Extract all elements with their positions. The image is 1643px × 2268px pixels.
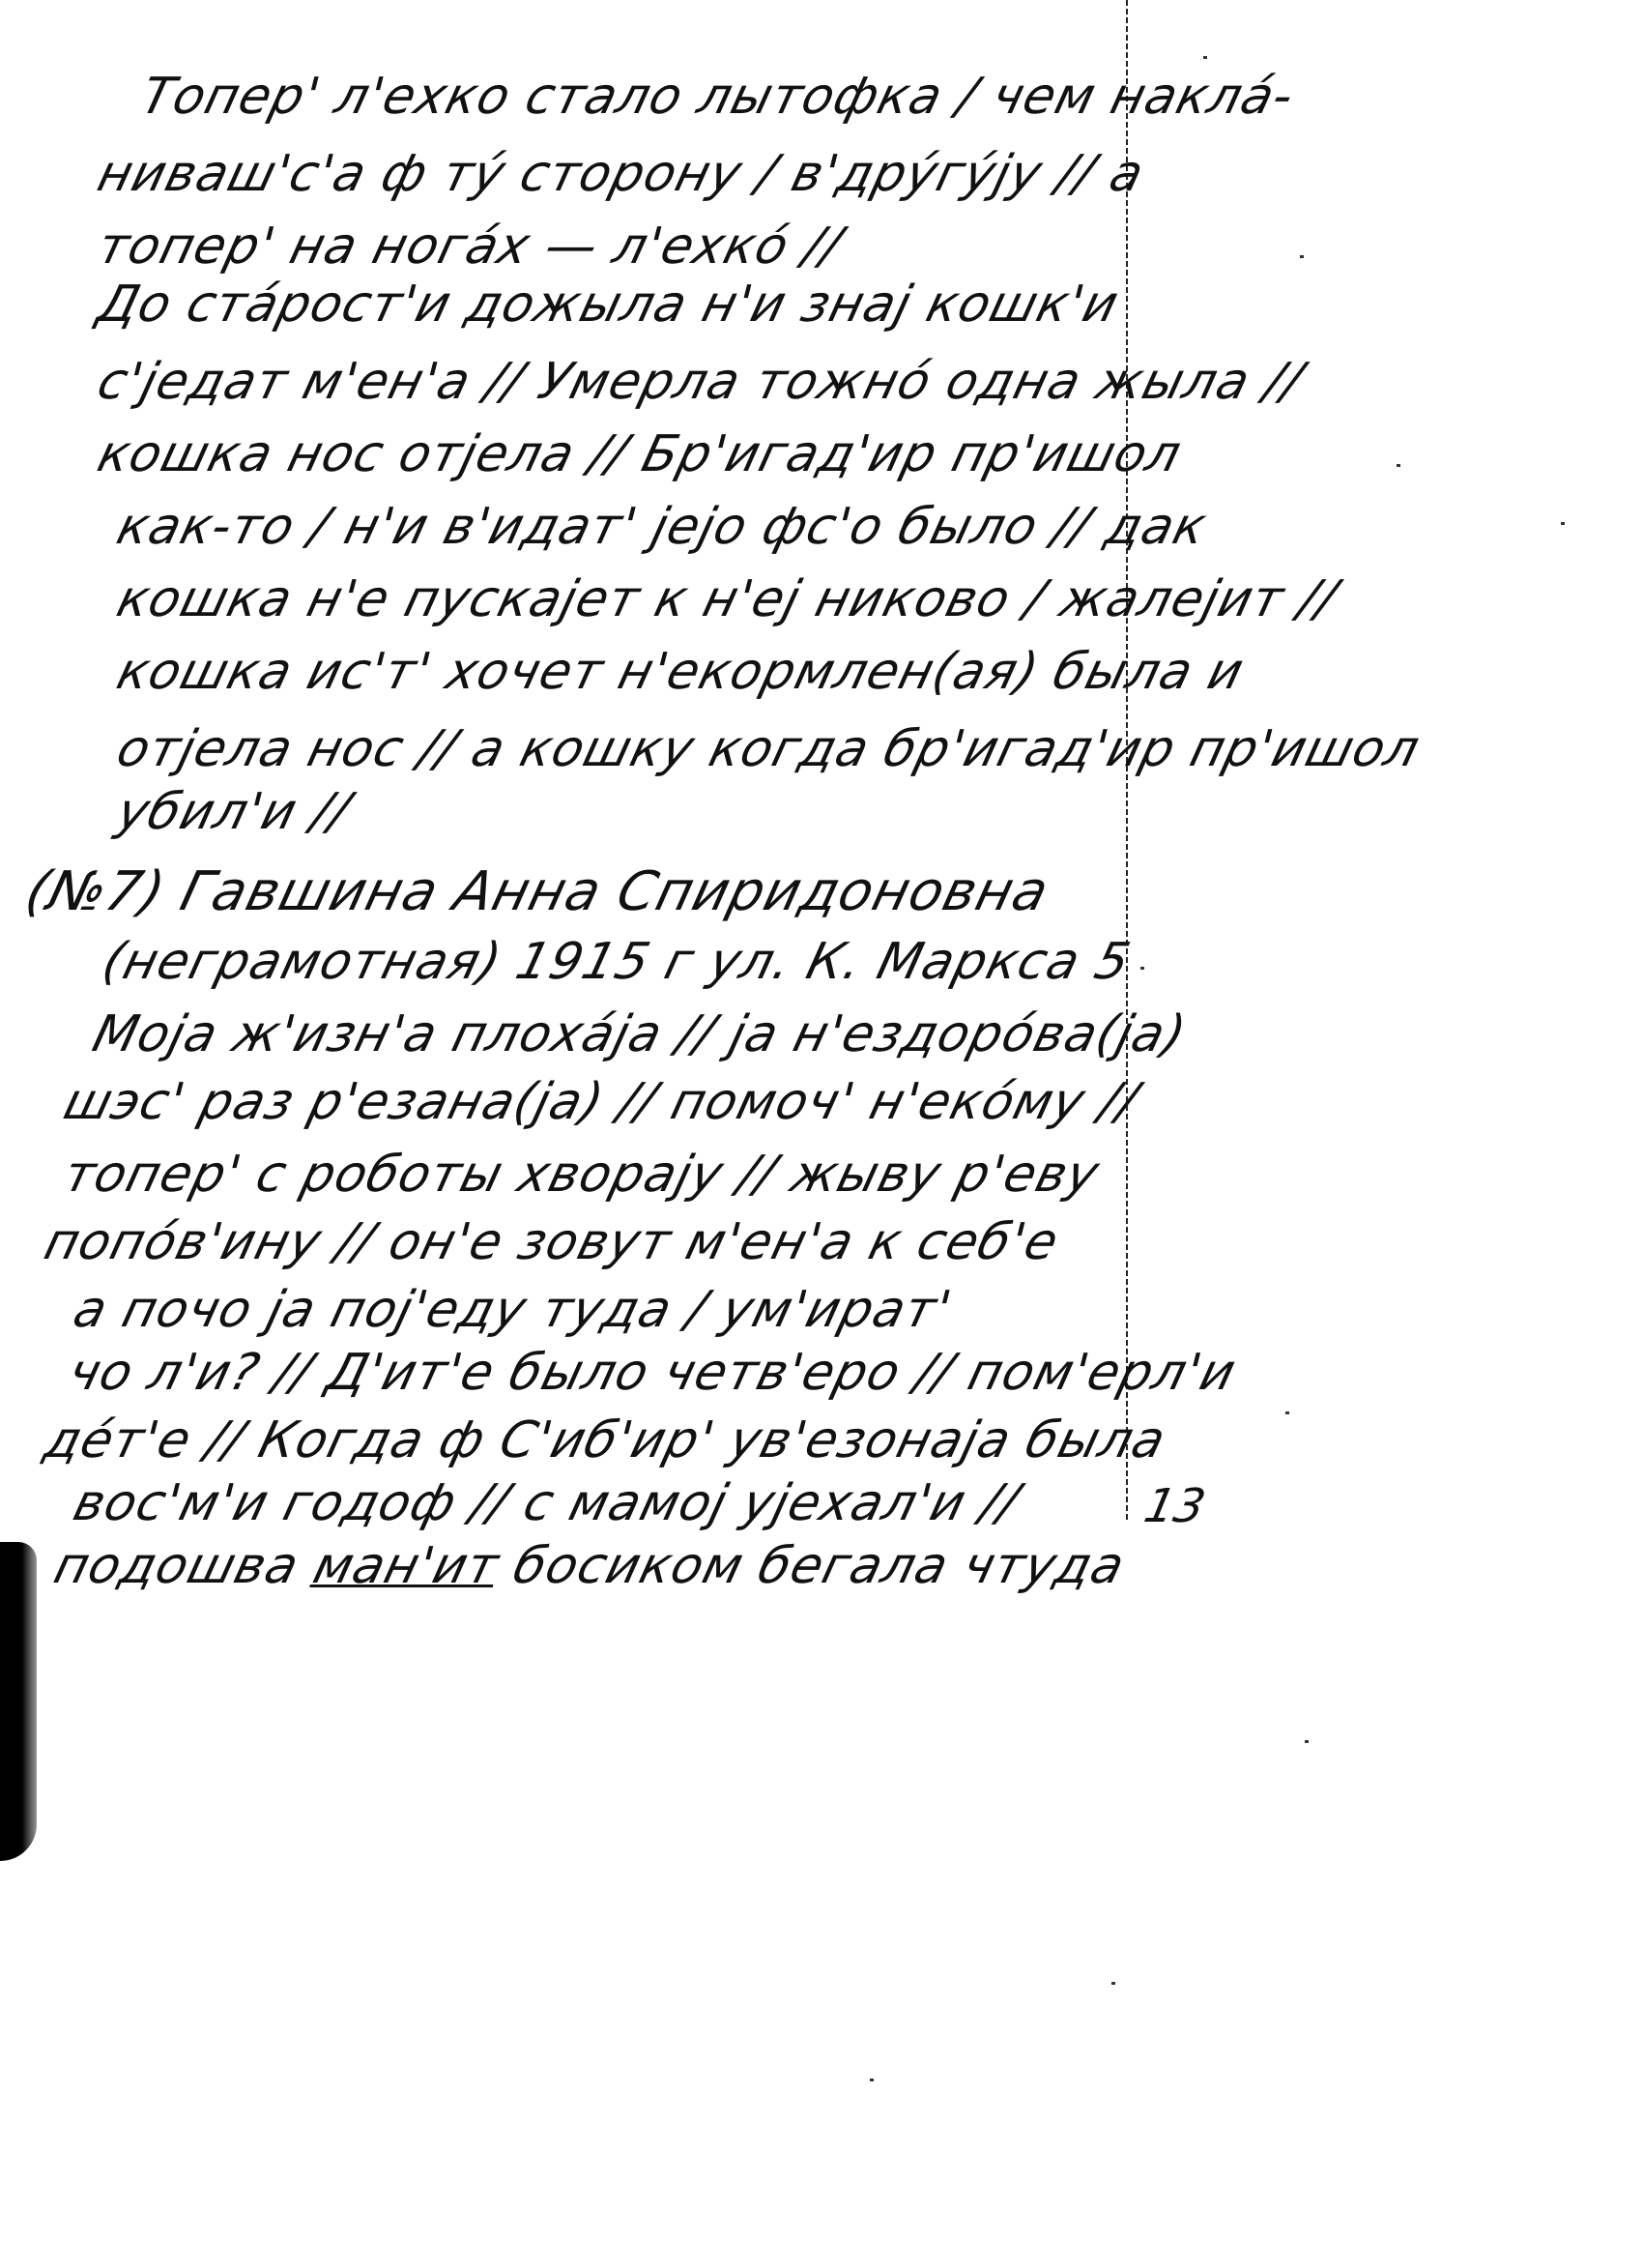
speck: [870, 2079, 874, 2081]
text-line: чо л'и? // Д'ит'е было четв'еро // пом'е…: [63, 1344, 1242, 1402]
speck: [1111, 1982, 1115, 1985]
scan-smudge: [0, 1542, 37, 1861]
text-line: До ста́рост'и дожыла н'и знај кошк'и: [92, 276, 1125, 334]
speck: [1561, 522, 1565, 525]
speck: [1300, 255, 1304, 258]
text-line: шэс' раз р'езана(ја) // помоч' н'еко́му …: [58, 1073, 1144, 1131]
text-line: попо́в'ину // он'е зовут м'ен'а к себ'е: [39, 1213, 1065, 1271]
text-line: вос'м'и годоф // с мамој уjехал'и //: [68, 1474, 1025, 1532]
text-line: с'једат м'ен'а // Умерла тожно́ одна жыл…: [92, 353, 1309, 411]
text-line: топер' на нога́х — л'ехко́ //: [92, 218, 848, 276]
text-line: убил'и //: [111, 783, 356, 841]
speck: [1285, 1411, 1289, 1414]
text-line: Топер' л'ехко стало лытофка / чем накла́…: [135, 68, 1300, 126]
text-line: топер' с роботы хворају // жывy р'евy: [58, 1146, 1106, 1204]
page-number: 13: [1139, 1479, 1210, 1533]
speck: [1203, 56, 1207, 59]
text-line: а почо ја пој'еду туда / ум'ират': [68, 1281, 958, 1339]
speck: [1140, 967, 1144, 970]
text-line: де́т'е // Когда ф С'иб'ир' ув'езонаја бы…: [39, 1411, 1171, 1469]
speck: [1397, 464, 1400, 467]
text-line: (неграмотная) 1915 г ул. К. Маркса 5: [97, 933, 1137, 991]
text-line: (№7) Гавшина Анна Спиридоновна: [19, 860, 1055, 923]
text-line: как-то / н'и в'идат' јејо фс'о было // д…: [111, 498, 1213, 556]
text-line: подошва ман'ит босиком бегала чтуда: [48, 1537, 1131, 1595]
speck: [1305, 1740, 1309, 1743]
text-line: ниваш'с'а ф ту́ сторону / в'дру́гу́ју //…: [92, 145, 1150, 203]
text-line: кошка н'е пускајет к н'ej никово / жалеј…: [111, 570, 1343, 628]
underlined-word: ман'ит: [307, 1537, 504, 1595]
text-line: отјела нос // а кошку когда бр'игад'ир п…: [111, 720, 1426, 778]
text-line: кошка нос отјела // Бр'игад'ир пр'ишол: [92, 425, 1188, 483]
text-line: Мојa ж'изн'а плоха́ја // ја н'ездоро́ва(…: [87, 1005, 1193, 1063]
text-line: кошка ис'т' хочет н'екормлен(ая) была и: [111, 643, 1250, 701]
